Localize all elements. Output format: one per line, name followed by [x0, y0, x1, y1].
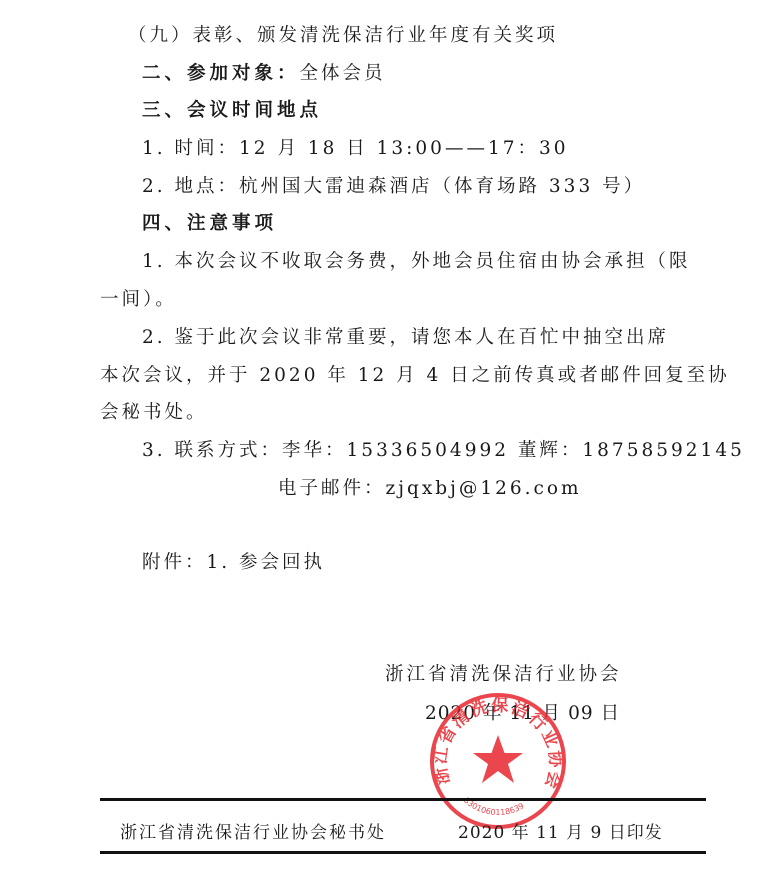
signature-org: 浙江省清洗保洁行业协会 — [385, 663, 622, 687]
meeting-place: 2. 地点：杭州国大雷迪森酒店（体育场路 333 号） — [142, 175, 645, 199]
attachment-line: 附件：1. 参会回执 — [142, 551, 325, 575]
note-1-line-2: 一间）。 — [100, 288, 177, 312]
section-2-body: 全体会员 — [300, 63, 386, 84]
section-2-heading: 二、参加对象： — [142, 63, 300, 84]
footer-issuer: 浙江省清洗保洁行业协会秘书处 — [120, 818, 386, 843]
agenda-item-9: （九）表彰、颁发清洗保洁行业年度有关奖项 — [128, 24, 558, 48]
footer-issue-date: 2020 年 11 月 9 日印发 — [458, 818, 663, 843]
contact-email: 电子邮件：zjqxbj@126.com — [278, 477, 582, 501]
note-2-line-1: 2. 鉴于此次会议非常重要，请您本人在百忙中抽空出席 — [142, 326, 669, 350]
note-2-line-2: 本次会议，并于 2020 年 12 月 4 日之前传真或者邮件回复至协 — [100, 364, 730, 388]
official-seal-icon: 浙江省清洗保洁行业协会 3301060118639 — [428, 691, 568, 831]
section-2: 二、参加对象：全体会员 — [142, 62, 386, 86]
footer-bottom-rule — [100, 851, 706, 854]
meeting-time: 1. 时间：12 月 18 日 13:00——17：30 — [142, 137, 569, 161]
contact-info: 3. 联系方式：李华：15336504992 董辉：18758592145 — [142, 439, 745, 463]
footer-top-rule — [100, 798, 706, 801]
note-2-line-3: 会秘书处。 — [100, 401, 208, 425]
note-1-line-1: 1. 本次会议不收取会务费，外地会员住宿由协会承担（限 — [142, 250, 691, 274]
section-3-heading: 三、会议时间地点 — [142, 99, 322, 123]
section-4-heading: 四、注意事项 — [142, 212, 277, 236]
